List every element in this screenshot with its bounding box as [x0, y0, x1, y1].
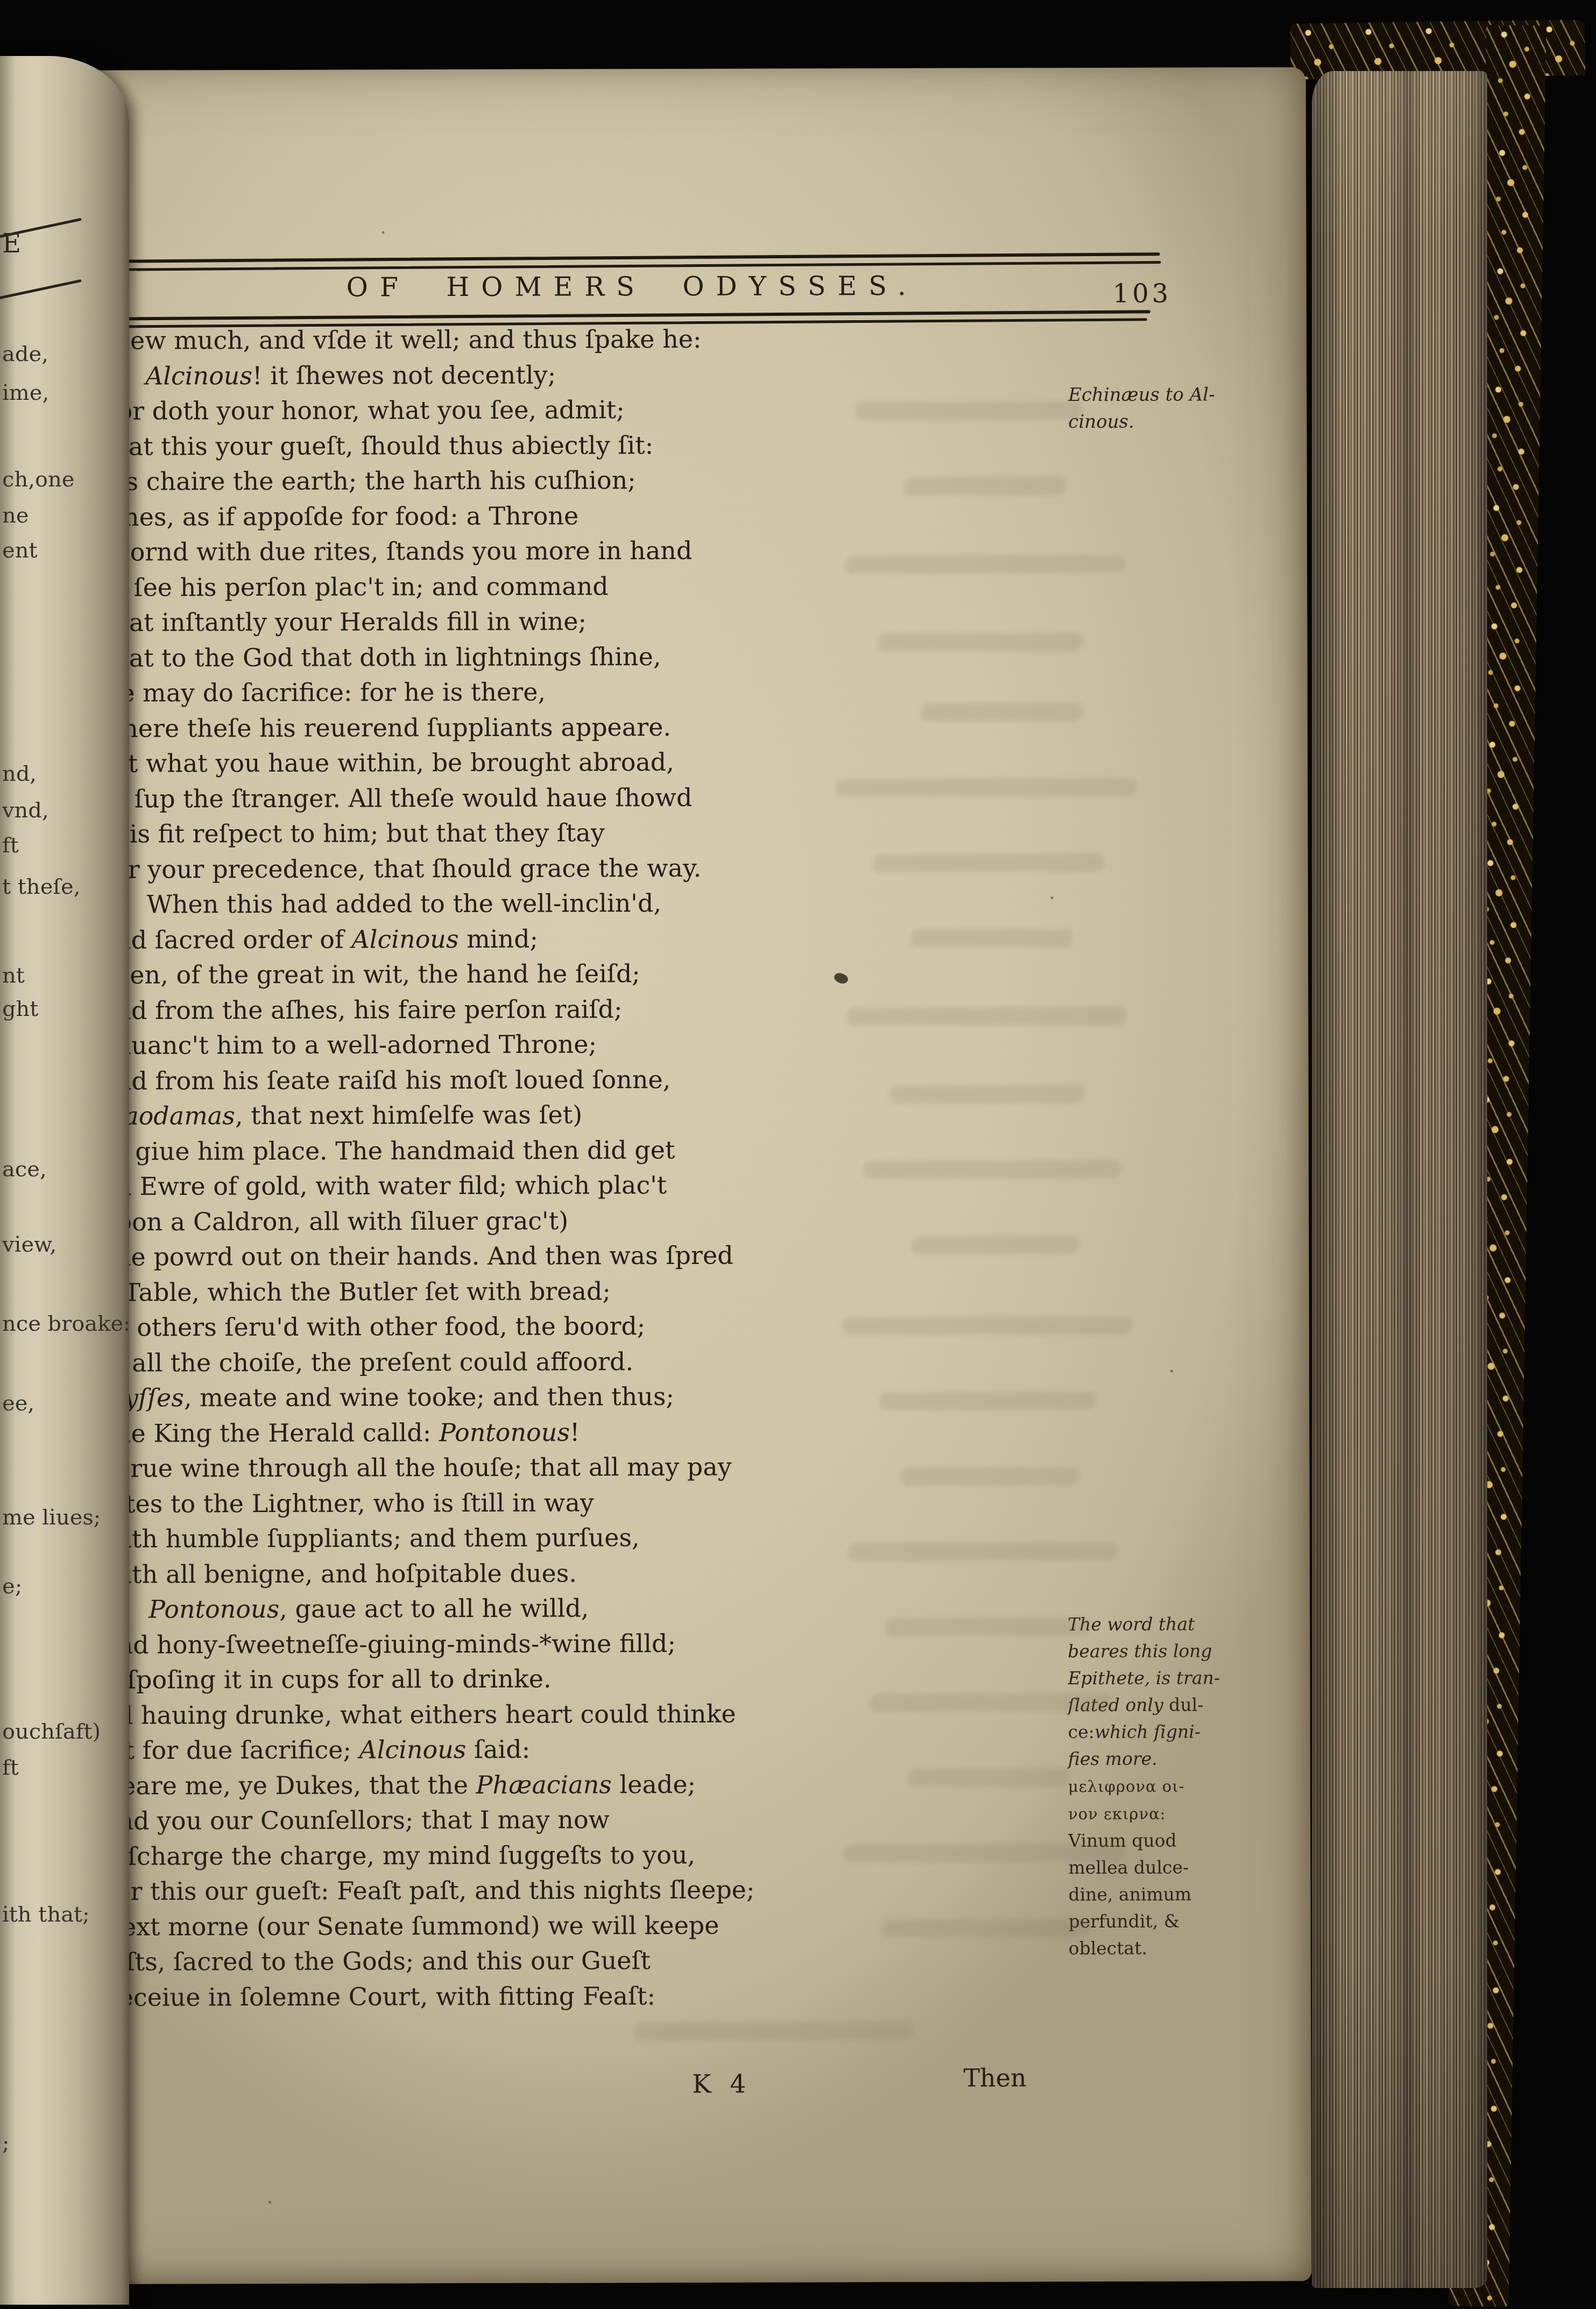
poem-line: Where theſe his reuerend ſuppliants appe…: [97, 709, 936, 746]
showthrough-ghost: [847, 1542, 1118, 1561]
italic-text-segment: beares this long: [1068, 1640, 1212, 1662]
showthrough-ghost: [844, 555, 1126, 574]
page-number: 103: [1113, 279, 1172, 309]
facing-page-text-fragment: view,: [2, 1232, 57, 1257]
running-header: OF HOMERS ODYSSES.: [38, 270, 1227, 303]
showthrough-ghost: [855, 401, 1083, 420]
facing-page-text-fragment: ee,: [2, 1391, 34, 1416]
poem-line: Adornd with due rites, ſtands you more i…: [96, 533, 936, 570]
text-segment: vnd,: [2, 798, 49, 823]
poem-line: Iuſts, ſacred to the Gods; and this our …: [100, 1943, 940, 1980]
italic-text-segment: Epithete, is tran-: [1068, 1667, 1220, 1689]
text-segment: When this had added to the well-inclin'd…: [147, 888, 661, 919]
margin-note-line: Echinæus to Al-: [1068, 381, 1215, 408]
poem-line: Diſpoſing it in cups for all to drinke.: [99, 1661, 938, 1698]
margin-note-line: μελιφρονα οι-: [1068, 1772, 1267, 1800]
text-segment: e;: [2, 1574, 22, 1599]
text-segment: With all benigne, and hoſpitable dues.: [99, 1558, 577, 1588]
facing-page-text-fragment: ne: [2, 503, 29, 528]
poem-line: Aduanc't him to a well-adorned Throne;: [97, 1026, 937, 1064]
text-segment: ime,: [2, 380, 49, 405]
page-stack-fore-edge: [1312, 71, 1487, 2288]
text-segment: E: [2, 229, 24, 259]
text-segment: To ſee his perſon plac't in; and command: [96, 571, 609, 602]
italic-text-segment: Pontonous: [149, 1594, 279, 1624]
showthrough-ghost: [920, 703, 1083, 722]
poem-line: That to the God that doth in lightnings …: [96, 638, 936, 676]
facing-page-header-rule-2: [0, 279, 82, 300]
text-segment: , meate and wine tooke; and then thus;: [184, 1382, 674, 1412]
text-segment: That to the God that doth in lightnings …: [96, 642, 661, 673]
text-segment: ne: [2, 503, 29, 528]
poem-line: To ſee his perſon plac't in; and command: [96, 568, 936, 605]
text-segment: ght: [2, 997, 38, 1021]
text-segment: All hauing drunke, what eithers heart co…: [100, 1699, 736, 1729]
gathering-signature: K 4: [692, 2070, 751, 2099]
facing-page-text-fragment: ent: [2, 538, 38, 563]
poem-line: (Laodamas, that next himſelfe was ſet): [98, 1097, 937, 1134]
greek-text-segment: μελιφρονα οι-: [1068, 1777, 1185, 1796]
text-segment: This fit reſpect to him; but that they ſ…: [97, 818, 605, 848]
text-segment: ch,one: [2, 467, 74, 492]
margin-note-top: Echinæus to Al-cinous.: [1068, 381, 1215, 435]
facing-page-text-fragment: nt: [2, 963, 25, 988]
text-segment: nce broake:: [2, 1311, 131, 1336]
text-segment: We may do ſacrifice: for he is there,: [97, 677, 546, 708]
facing-page-text-fragment: ouchſaft): [2, 1719, 101, 1744]
poem-line: As others ſeru'd with other food, the bo…: [98, 1308, 938, 1346]
italic-text-segment: Echinæus to Al-: [1068, 384, 1215, 406]
margin-note-line: cinous.: [1068, 408, 1215, 435]
italic-text-segment: Alcinous: [351, 924, 458, 954]
poem-line: This fit reſpect to him; but that they ſ…: [97, 815, 936, 852]
book-scan-photo: OF HOMERS ODYSSES. 103 Knew much, and vſ…: [0, 0, 1596, 2309]
text-segment: That inſtantly your Heralds fill in wine…: [96, 606, 587, 637]
poem-line: Receiue in ſolemne Court, with fitting F…: [100, 1978, 940, 2015]
text-segment: dine, animum: [1068, 1883, 1191, 1905]
text-segment: For your precedence, that ſhould grace t…: [97, 853, 701, 884]
paper-speck: [1170, 1370, 1173, 1373]
text-segment: ft: [2, 1755, 19, 1780]
facing-page-text-fragment: t theſe,: [2, 874, 81, 899]
poem-line: That inſtantly your Heralds fill in wine…: [96, 603, 936, 641]
text-segment: nt: [2, 963, 25, 988]
poem-line: A Table, which the Butler ſet with bread…: [98, 1273, 937, 1310]
poem-text: Knew much, and vſde it well; and thus ſp…: [96, 321, 940, 2015]
text-segment: Next morne (our Senate ſummond) we will …: [100, 1910, 719, 1941]
poem-line: Heare me, ye Dukes, that the Phæacians l…: [100, 1766, 939, 1804]
facing-page-text-fragment: vnd,: [2, 798, 49, 823]
facing-page-text-fragment: me liues;: [2, 1505, 101, 1530]
margin-note-line: beares this long: [1068, 1637, 1267, 1665]
text-segment: An Ewre of gold, with water fild; which …: [98, 1170, 667, 1201]
text-segment: Vpon a Caldron, all with ſiluer grac't): [98, 1206, 568, 1236]
text-segment: Aſhes, as if appoſde for food: a Throne: [96, 501, 579, 531]
showthrough-ghost: [903, 477, 1067, 496]
facing-page-text-fragment: nce broake:: [2, 1311, 131, 1336]
text-segment: Receiue in ſolemne Court, with fitting F…: [100, 1981, 655, 2012]
text-segment: For this our gueſt: Feaſt paſt, and this…: [100, 1875, 754, 1906]
poem-line: The King the Herald calld: Pontonous!: [98, 1414, 938, 1451]
facing-page-text-fragment: ;: [2, 2131, 9, 2156]
margin-note-line: dine, animum: [1068, 1881, 1267, 1908]
showthrough-ghost: [845, 1007, 1127, 1026]
facing-page-text-fragment: nd,: [2, 761, 37, 786]
poem-line: His chaire the earth; the harth his cuſh…: [96, 462, 936, 500]
poem-line: When this had added to the well-inclin'd…: [97, 885, 937, 923]
poem-line: And from his ſeate raiſd his moſt loued …: [97, 1061, 937, 1099]
paper-speck: [1051, 896, 1054, 899]
showthrough-ghost: [910, 929, 1073, 948]
facing-page-text-fragment: ith that;: [2, 1902, 90, 1927]
text-segment: In all the choiſe, the preſent could aff…: [98, 1347, 633, 1378]
text-segment: And ſacred order of: [97, 924, 352, 954]
margin-note-line: perfundit, &: [1069, 1908, 1268, 1935]
showthrough-ghost: [879, 1392, 1096, 1410]
poem-line: We may do ſacrifice: for he is there,: [97, 674, 936, 711]
text-segment: Heare me, ye Dukes, that the: [100, 1770, 476, 1800]
text-segment: And you our Counſellors; that I may now: [100, 1805, 610, 1835]
poem-line: An Ewre of gold, with water fild; which …: [98, 1167, 937, 1205]
text-segment: ith that;: [2, 1902, 90, 1927]
poem-line: In all the choiſe, the preſent could aff…: [98, 1343, 938, 1381]
text-segment: ouchſaft): [2, 1719, 101, 1744]
text-segment: To giue him place. The handmaid then did…: [98, 1135, 675, 1166]
poem-line: Knew much, and vſde it well; and thus ſp…: [96, 321, 935, 359]
text-segment: ;: [2, 2131, 9, 2156]
poem-line: With all benigne, and hoſpitable dues.: [99, 1555, 938, 1592]
book-page: OF HOMERS ODYSSES. 103 Knew much, and vſ…: [37, 67, 1312, 2284]
text-segment: view,: [2, 1232, 57, 1257]
poem-line: She powrd out on their hands. And then w…: [98, 1238, 937, 1275]
facing-page-edge: Eade,ime,ch,oneneentnd,vnd,ftt theſe,ntg…: [0, 56, 129, 2305]
italic-text-segment: fies more.: [1068, 1748, 1157, 1769]
text-segment: Where theſe his reuerend ſuppliants appe…: [97, 712, 671, 743]
text-segment: mind;: [458, 924, 538, 953]
facing-page-text-fragment: ime,: [2, 380, 49, 405]
poem-line: Let what you haue within, be brought abr…: [97, 744, 936, 782]
text-segment: Diſpoſing it in cups for all to drinke.: [99, 1664, 551, 1694]
poem-line: With humble ſuppliants; and them purſues…: [99, 1520, 938, 1557]
showthrough-ghost: [889, 1085, 1084, 1104]
text-segment: , that next himſelfe was ſet): [235, 1100, 582, 1130]
poem-line: Vlyſſes, meate and wine tooke; and then …: [98, 1379, 938, 1416]
showthrough-ghost: [911, 1235, 1079, 1254]
text-segment: ce:: [1068, 1721, 1094, 1742]
showthrough-ghost: [862, 1160, 1122, 1179]
text-segment: To ſup the ſtranger. All theſe would hau…: [97, 782, 692, 813]
text-segment: Rites to the Lightner, who is ſtill in w…: [99, 1488, 594, 1518]
italic-text-segment: Pontonous: [439, 1417, 570, 1447]
margin-note-line: Epithete, is tran-: [1068, 1664, 1267, 1692]
text-segment: As others ſeru'd with other food, the bo…: [98, 1311, 646, 1342]
italic-text-segment: which ſigni-: [1094, 1721, 1200, 1742]
poem-line: Then, of the great in wit, the hand he ſ…: [97, 956, 937, 993]
poem-line: That this your gueſt, ſhould thus abiect…: [96, 427, 935, 464]
paper-speck: [382, 231, 384, 234]
poem-line: For your precedence, that ſhould grace t…: [97, 850, 936, 887]
text-segment: Fit for due ſacrifice;: [100, 1735, 359, 1765]
facing-page-text-fragment: ch,one: [2, 467, 74, 492]
facing-page-text-fragment: e;: [2, 1574, 22, 1599]
text-segment: leade;: [612, 1769, 696, 1798]
text-segment: ft: [2, 833, 19, 858]
text-segment: That this your gueſt, ſhould thus abiect…: [96, 430, 653, 461]
text-segment: ace,: [2, 1157, 47, 1182]
text-segment: ade,: [2, 342, 48, 366]
text-segment: A Table, which the Butler ſet with bread…: [98, 1276, 610, 1307]
text-segment: The King the Herald calld:: [98, 1418, 439, 1448]
showthrough-ghost: [880, 1919, 1092, 1938]
margin-note-line: ce:which ſigni-: [1068, 1718, 1267, 1746]
poem-line: Serue wine through all the houſe; that a…: [98, 1449, 938, 1487]
facing-page-text-fragment: ace,: [2, 1157, 47, 1182]
margin-note-bottom: The word thatbeares this longEpithete, i…: [1068, 1611, 1268, 1962]
italic-text-segment: Phæacians: [476, 1770, 612, 1799]
text-segment: ! it ſhewes not decently;: [252, 360, 556, 390]
text-segment: ee,: [2, 1391, 34, 1416]
facing-page-text-fragment: ft: [2, 1755, 19, 1780]
poem-line: To ſup the ſtranger. All theſe would hau…: [97, 779, 936, 817]
facing-page-text-fragment: ght: [2, 997, 38, 1021]
text-segment: Knew much, and vſde it well; and thus ſp…: [96, 324, 702, 355]
text-segment: Iuſts, ſacred to the Gods; and this our …: [100, 1946, 651, 1976]
poem-line: Rites to the Lightner, who is ſtill in w…: [99, 1484, 938, 1522]
text-segment: Diſcharge the charge, my mind ſuggeſts t…: [100, 1840, 695, 1870]
showthrough-ghost: [877, 633, 1083, 652]
text-segment: me liues;: [2, 1505, 101, 1530]
showthrough-ghost: [872, 853, 1105, 872]
facing-page-text-fragment: ft: [2, 833, 19, 858]
text-segment: And hony-ſweetneſſe-giuing-minds-*wine f…: [99, 1628, 676, 1659]
text-segment: His chaire the earth; the harth his cuſh…: [96, 465, 636, 496]
poem-line: And hony-ſweetneſſe-giuing-minds-*wine f…: [99, 1625, 938, 1663]
showthrough-ghost: [907, 1768, 1070, 1787]
text-segment: Serue wine through all the houſe; that a…: [98, 1452, 731, 1483]
poem-line: Alcinous! it ſhewes not decently;: [96, 356, 935, 394]
text-segment: Aduanc't him to a well-adorned Throne;: [97, 1029, 597, 1060]
text-segment: t theſe,: [2, 874, 81, 899]
text-segment: With humble ſuppliants; and them purſues…: [99, 1523, 640, 1554]
text-segment: nd,: [2, 761, 37, 786]
facing-page-text-fragment: E: [2, 229, 24, 259]
showthrough-ghost: [901, 1467, 1080, 1486]
poem-line: And ſacred order of Alcinous mind;: [97, 920, 937, 958]
poem-line: To giue him place. The handmaid then did…: [98, 1132, 937, 1169]
text-segment: And from his ſeate raiſd his moſt loued …: [97, 1065, 670, 1096]
showthrough-ghost: [834, 778, 1137, 797]
showthrough-ghost: [885, 1618, 1091, 1636]
catchword: Then: [963, 2063, 1026, 2092]
poem-line: Fit for due ſacrifice; Alcinous ſaid:: [100, 1731, 939, 1769]
text-segment: She powrd out on their hands. And then w…: [98, 1241, 733, 1272]
text-segment: , gaue act to all he willd,: [279, 1593, 589, 1623]
showthrough-ghost: [869, 1693, 1113, 1712]
showthrough-ghost: [633, 2022, 914, 2040]
poem-line: For this our gueſt: Feaſt paſt, and this…: [100, 1872, 939, 1910]
margin-note-line: νον εκιρνα:: [1068, 1799, 1267, 1827]
poem-line: Diſcharge the charge, my mind ſuggeſts t…: [100, 1837, 939, 1874]
margin-note-line: The word that: [1068, 1611, 1267, 1638]
text-segment: dul-: [1169, 1694, 1203, 1715]
paper-speck: [269, 2201, 271, 2204]
poem-line: Nor doth your honor, what you ſee, admit…: [96, 392, 935, 429]
margin-note-line: oblectat.: [1069, 1934, 1268, 1962]
poem-line: Vpon a Caldron, all with ſiluer grac't): [98, 1202, 937, 1240]
showthrough-ghost: [841, 1316, 1133, 1335]
text-segment: And from the aſhes, his faire perſon rai…: [97, 994, 622, 1025]
greek-text-segment: νον εκιρνα:: [1068, 1805, 1166, 1823]
text-segment: oblectat.: [1069, 1938, 1147, 1959]
showthrough-ghost: [843, 1844, 1124, 1862]
text-segment: Then, of the great in wit, the hand he ſ…: [97, 959, 640, 990]
text-segment: Adornd with due rites, ſtands you more i…: [96, 536, 693, 567]
text-segment: ent: [2, 538, 38, 563]
poem-line: Pontonous, gaue act to all he willd,: [99, 1590, 938, 1628]
facing-page-text-fragment: ade,: [2, 342, 48, 366]
text-segment: Let what you haue within, be brought abr…: [97, 747, 674, 778]
text-segment: !: [570, 1417, 580, 1446]
poem-line: And you our Counſellors; that I may now: [100, 1802, 939, 1839]
poem-line: And from the aſhes, his faire perſon rai…: [97, 991, 937, 1028]
margin-note-line: fies more.: [1068, 1745, 1267, 1773]
text-segment: Nor doth your honor, what you ſee, admit…: [96, 395, 625, 426]
text-segment: ſaid:: [466, 1735, 530, 1764]
italic-text-segment: Alcinous: [145, 361, 252, 391]
poem-line: Next morne (our Senate ſummond) we will …: [100, 1907, 940, 1945]
poem-line: Aſhes, as if appoſde for food: a Throne: [96, 497, 936, 535]
italic-text-segment: Alcinous: [359, 1735, 466, 1764]
poem-line: All hauing drunke, what eithers heart co…: [100, 1696, 939, 1733]
